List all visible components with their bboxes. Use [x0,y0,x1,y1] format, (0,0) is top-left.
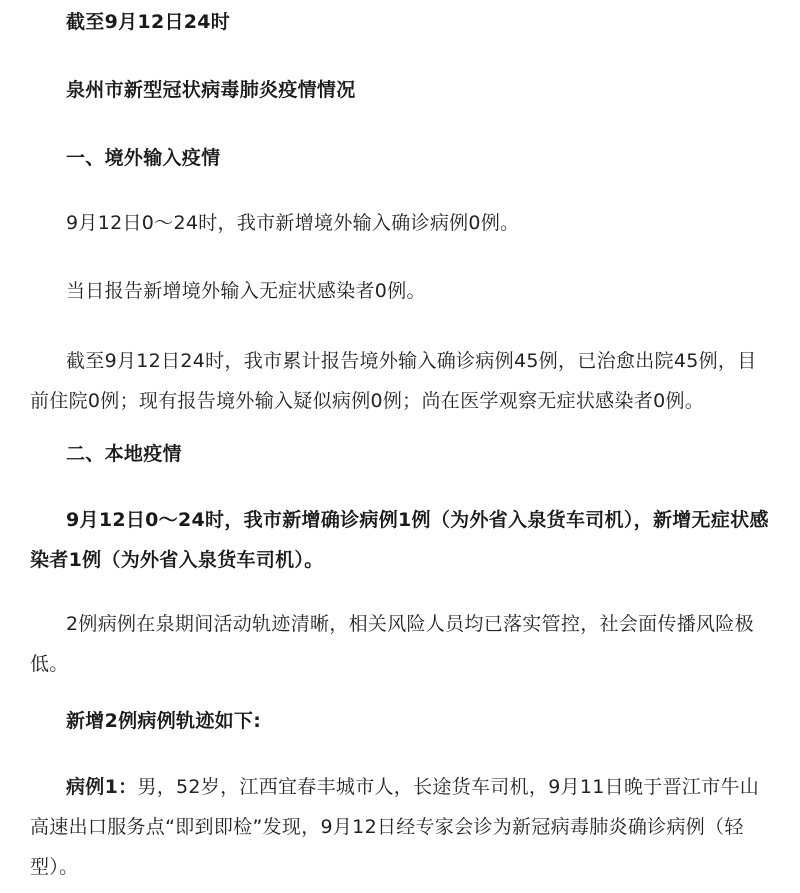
page-title: 泉州市新型冠状病毒肺炎疫情情况 [66,78,356,102]
case-1-label: 病例1： [66,776,137,798]
case-1-text: 男，52岁，江西宜春丰城市人，长途货车司机，9月11日晚于晋江市牛山高速出口服务… [30,776,759,878]
case-1-paragraph: 病例1：男，52岁，江西宜春丰城市人，长途货车司机，9月11日晚于晋江市牛山高速… [30,767,775,887]
paragraph-imported-cumulative: 截至9月12日24时，我市累计报告境外输入确诊病例45例，已治愈出院45例，目前… [30,341,775,421]
paragraph-imported-new-cases: 9月12日0～24时，我市新增境外输入确诊病例0例。 [30,203,775,243]
tracks-heading: 新增2例病例轨迹如下: [66,709,261,733]
paragraph-imported-asymptomatic: 当日报告新增境外输入无症状感染者0例。 [30,271,775,311]
section-heading-imported: 一、境外输入疫情 [66,146,220,170]
section-heading-local: 二、本地疫情 [66,442,182,466]
paragraph-local-summary: 9月12日0～24时，我市新增确诊病例1例（为外省入泉货车司机），新增无症状感染… [30,500,775,580]
paragraph-risk-note: 2例病例在泉期间活动轨迹清晰，相关风险人员均已落实管控，社会面传播风险极低。 [30,604,775,684]
dateline: 截至9月12日24时 [66,10,230,34]
